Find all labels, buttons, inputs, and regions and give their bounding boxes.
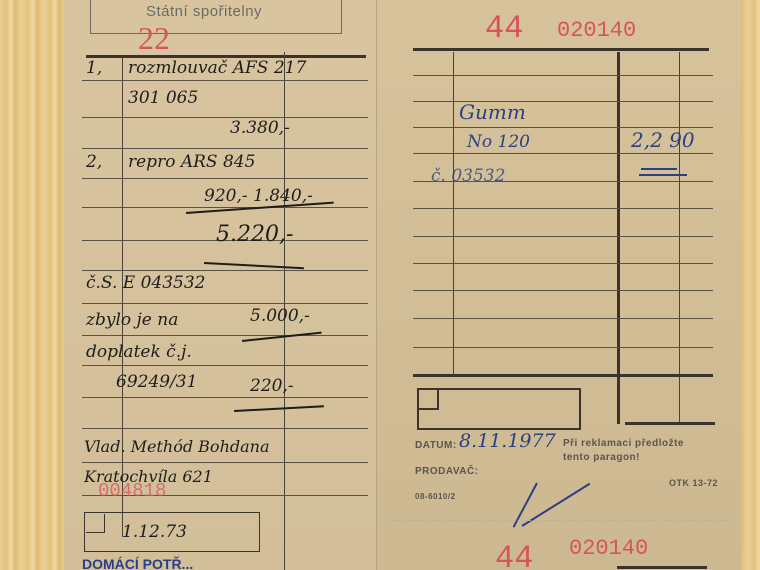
left-receipt: Státní spořitelny 22 1, rozmlouvač AFS 2… xyxy=(64,0,376,570)
line-4-text: zbylo je na xyxy=(86,310,178,330)
line-2-amount: 5.220,- xyxy=(216,222,293,247)
right-receipt: 44 020140 Gumm No 120 č. 03532 2,2 90 DA… xyxy=(376,0,741,570)
receipt-number: 44 xyxy=(485,10,523,47)
item-name: Gumm xyxy=(459,100,526,124)
line-5-text: doplatek č.j. xyxy=(86,342,192,362)
notice-line-1: Při reklamaci předložte xyxy=(563,438,684,449)
bottom-receipt-number: 44 xyxy=(495,540,533,570)
form-code: 08-6010/2 xyxy=(415,492,456,501)
signature-box xyxy=(417,388,581,430)
line-1-item: rozmlouvač AFS 217 xyxy=(128,58,306,78)
item-code: č. 03532 xyxy=(431,166,505,186)
line-2-detail: 920,- 1.840,- xyxy=(204,186,313,206)
line-3-text: č.S. E 043532 xyxy=(86,273,205,293)
line-2-qty: 2, xyxy=(86,152,102,172)
line-1-amount: 3.380,- xyxy=(230,118,290,138)
item-price: 2,2 90 xyxy=(631,128,695,152)
line-5-detail: 69249/31 xyxy=(116,372,197,392)
line-5-amount: 220,- xyxy=(250,376,294,396)
receipt-number: 22 xyxy=(138,20,170,57)
line-4-amount: 5.000,- xyxy=(250,306,310,326)
footer-stamp: DOMÁCÍ POTŘ... xyxy=(82,556,193,570)
datum-label: DATUM: xyxy=(415,440,457,451)
line-1-qty: 1, xyxy=(86,58,102,78)
bottom-serial-number: 020140 xyxy=(569,536,648,561)
item-number: No 120 xyxy=(467,132,530,152)
line-2-item: repro ARS 845 xyxy=(128,152,255,172)
left-date: 1.12.73 xyxy=(122,522,187,542)
prodavac-label: PRODAVAČ: xyxy=(415,466,479,477)
otk-code: OTK 13-72 xyxy=(669,478,718,488)
notice-line-2: tento paragon! xyxy=(563,452,640,463)
datum-value: 8.11.1977 xyxy=(459,430,556,452)
line-1-detail: 301 065 xyxy=(128,88,198,108)
serial-number: 020140 xyxy=(557,18,636,43)
bank-stamp-text: Státní spořitelny xyxy=(146,3,262,20)
serial-number: 004818 xyxy=(98,480,166,502)
